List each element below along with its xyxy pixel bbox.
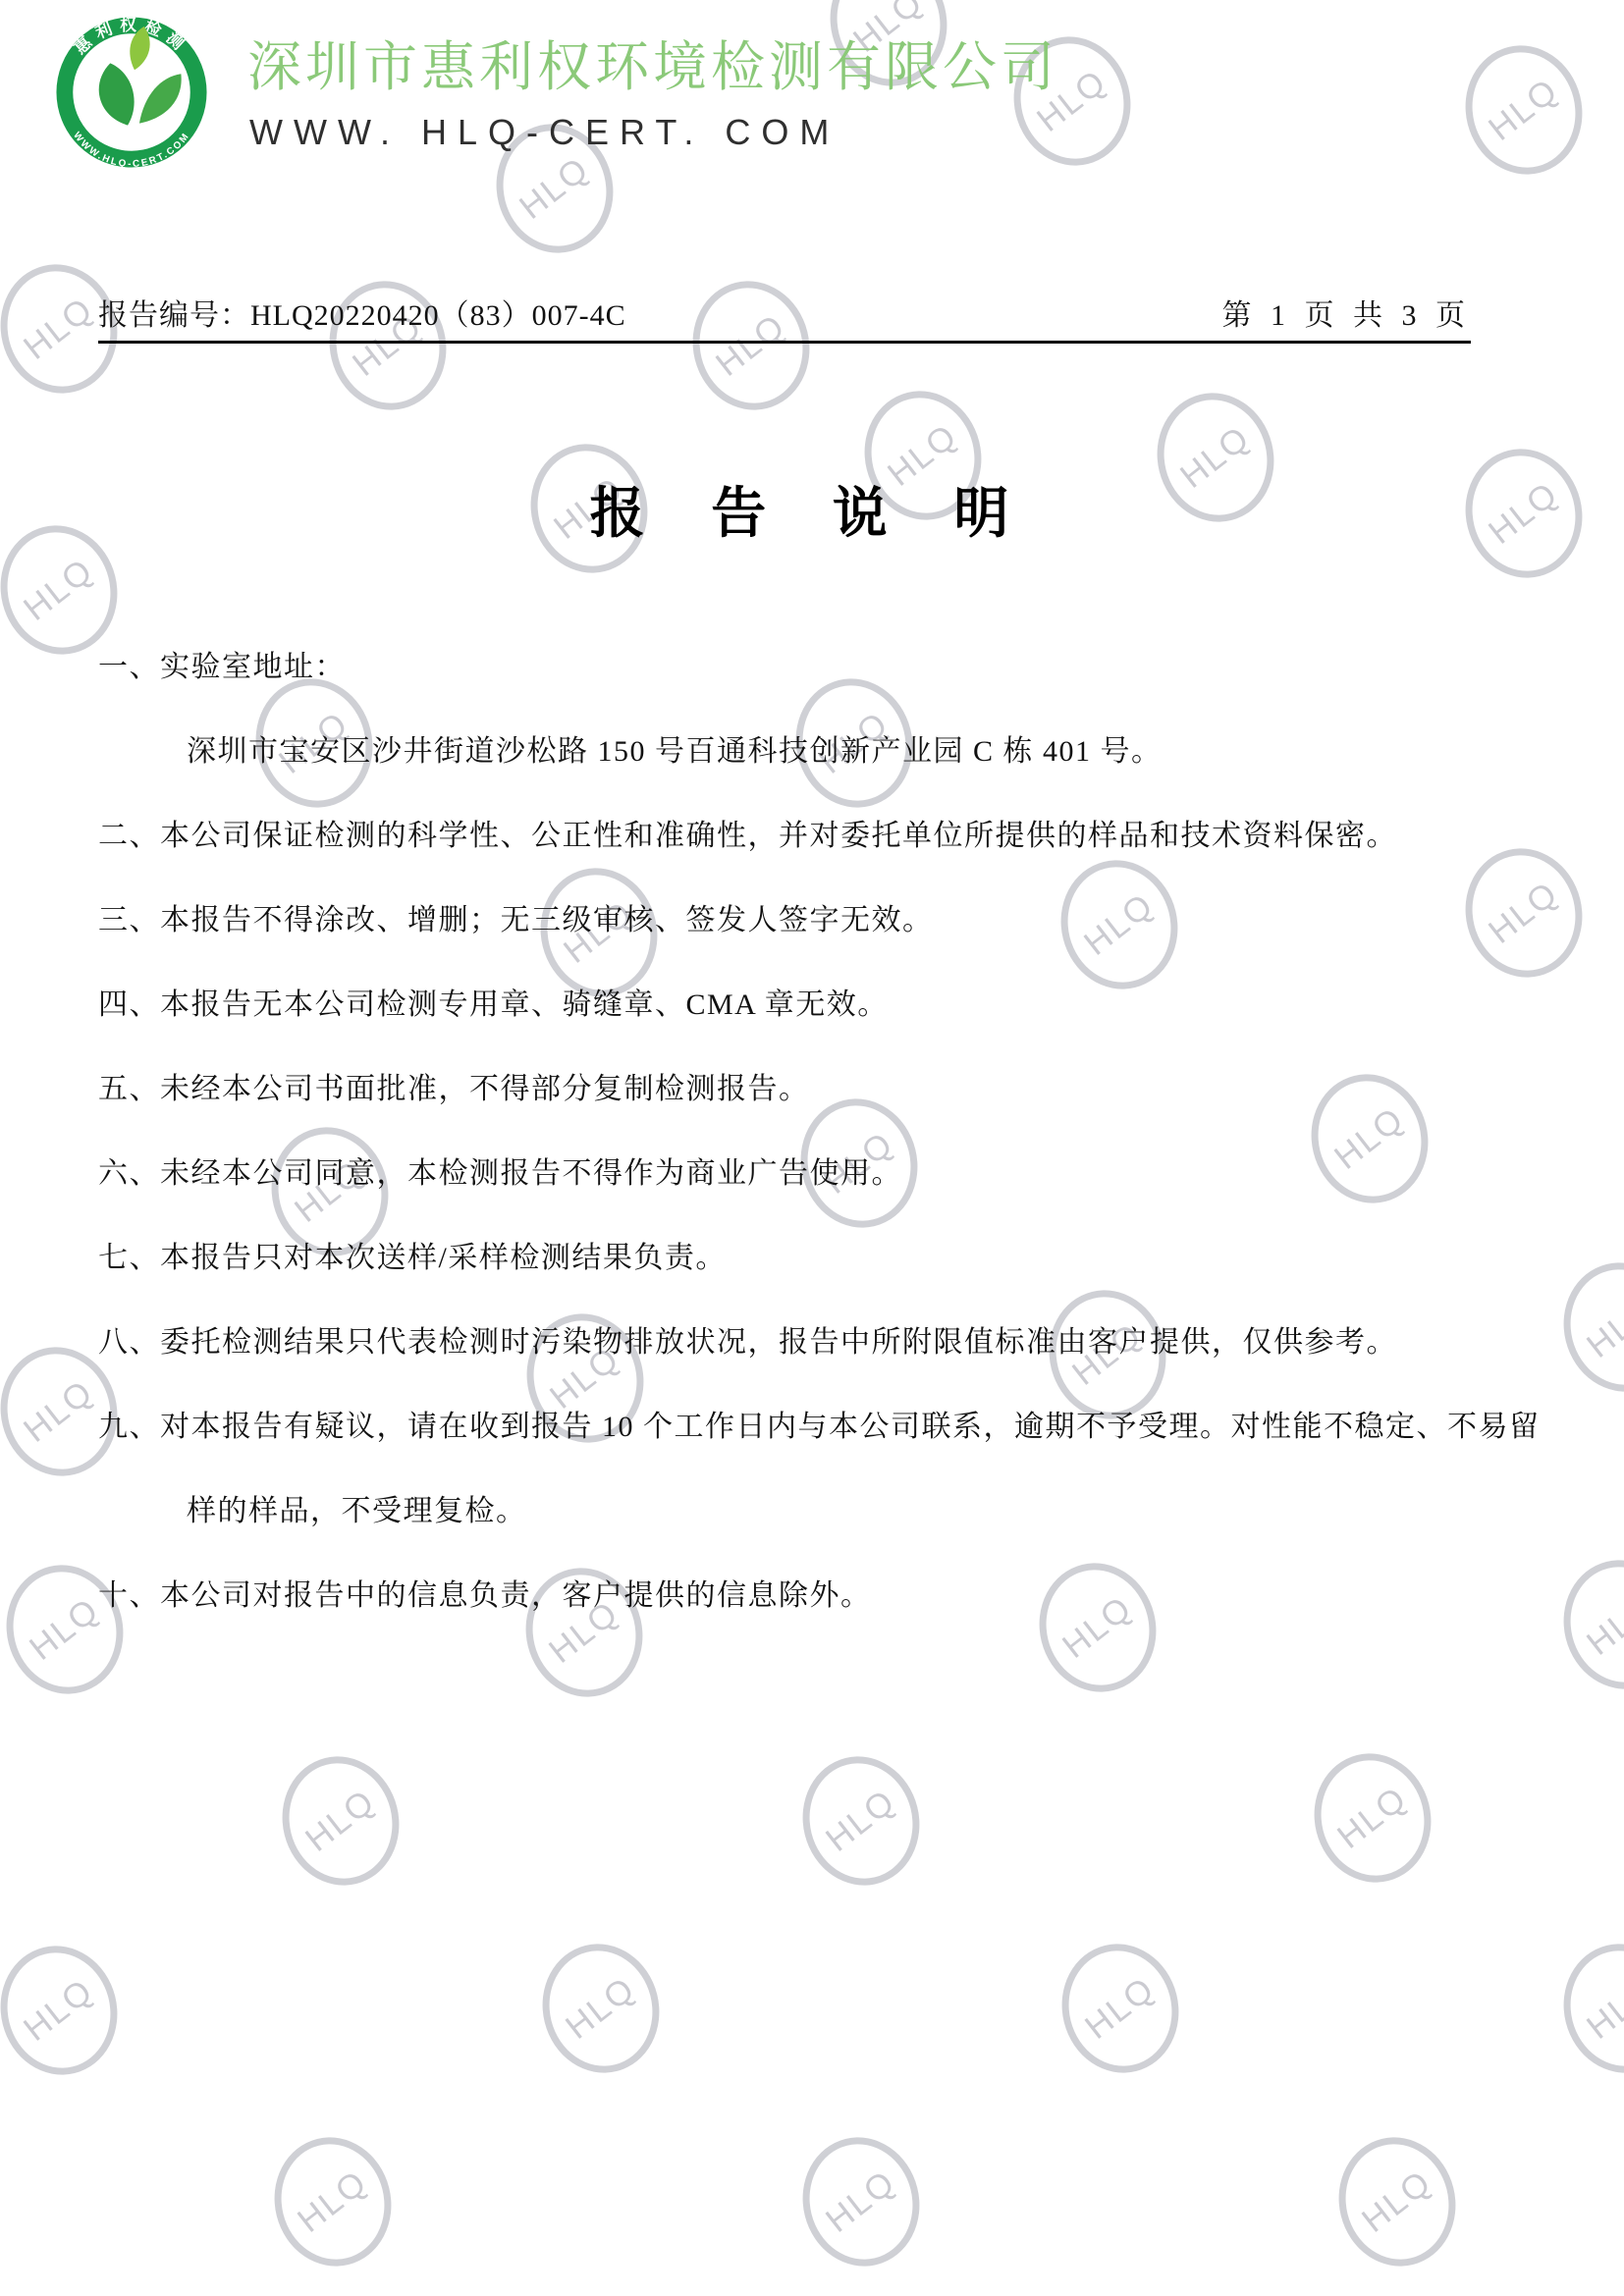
hlq-watermark-text: HLQ	[298, 1782, 383, 1860]
hlq-watermark: HLQ	[1550, 1548, 1624, 1702]
note-text: 深圳市宝安区沙井街道沙松路 150 号百通科技创新产业园 C 栋 401 号。	[187, 735, 1163, 768]
report-number-value: HLQ20220420（83）007-4C	[250, 299, 626, 332]
hlq-watermark-text: HLQ	[1580, 1288, 1624, 1366]
note-text: 实验室地址：	[160, 651, 346, 683]
note-item: 四、本报告无本公司检测专用章、骑缝章、CMA 章无效。	[98, 986, 1542, 1025]
page-indicator: 第 1 页 共 3 页	[1222, 291, 1472, 334]
note-number: 八、	[98, 1326, 160, 1359]
hlq-watermark-text: HLQ	[1482, 71, 1566, 149]
hlq-watermark-text: HLQ	[819, 1782, 903, 1860]
hlq-watermark: HLQ	[1326, 2125, 1469, 2279]
hlq-watermark: HLQ	[529, 1932, 673, 2086]
hlq-watermark-text: HLQ	[17, 1971, 101, 2050]
header-divider	[98, 341, 1471, 344]
note-text: 未经本公司同意，本检测报告不得作为商业广告使用。	[160, 1157, 902, 1190]
note-item: 二、本公司保证检测的科学性、公正性和准确性，并对委托单位所提供的样品和技术资料保…	[98, 817, 1542, 856]
hlq-watermark: HLQ	[789, 2125, 933, 2279]
hlq-watermark-text: HLQ	[17, 1372, 101, 1451]
note-item: 十、本公司对报告中的信息负责，客户提供的信息除外。	[98, 1576, 1542, 1616]
hlq-watermark-text: HLQ	[1580, 1969, 1624, 2048]
note-item: 五、未经本公司书面批准，不得部分复制检测报告。	[98, 1070, 1542, 1109]
note-item: 九、对本报告有疑议，请在收到报告 10 个工作日内与本公司联系，逾期不予受理。对…	[98, 1408, 1542, 1447]
page-title: 报 告 说 明	[0, 470, 1624, 549]
note-text: 本报告只对本次送样/采样检测结果负责。	[160, 1242, 727, 1274]
note-number: 一、	[98, 651, 160, 683]
note-text: 未经本公司书面批准，不得部分复制检测报告。	[160, 1073, 810, 1105]
note-text: 本报告不得涂改、增删；无三级审核、签发人签字无效。	[160, 904, 934, 936]
hlq-watermark: HLQ	[269, 1744, 412, 1898]
note-number: 十、	[98, 1579, 160, 1612]
note-number: 四、	[98, 988, 160, 1021]
hlq-watermark-text: HLQ	[1078, 1969, 1163, 2048]
hlq-watermark-text: HLQ	[1330, 1779, 1415, 1857]
hlq-watermark: HLQ	[1550, 1932, 1624, 2086]
note-text: 对本报告有疑议，请在收到报告 10 个工作日内与本公司联系，逾期不予受理。对性能…	[160, 1411, 1541, 1443]
report-meta-row: 报告编号：HLQ20220420（83）007-4C 第 1 页 共 3 页	[98, 291, 1471, 334]
hlq-watermark: HLQ	[1550, 1251, 1624, 1405]
note-item: 六、未经本公司同意，本检测报告不得作为商业广告使用。	[98, 1154, 1542, 1194]
hlq-watermark: HLQ	[789, 1744, 933, 1898]
note-number: 六、	[98, 1157, 160, 1190]
note-text: 样的样品，不受理复检。	[187, 1495, 527, 1527]
note-item: 深圳市宝安区沙井街道沙松路 150 号百通科技创新产业园 C 栋 401 号。	[98, 732, 1542, 772]
note-text: 本公司保证检测的科学性、公正性和准确性，并对委托单位所提供的样品和技术资料保密。	[160, 820, 1397, 852]
company-website-url: WWW. HLQ-CERT. COM	[249, 112, 839, 153]
note-item: 样的样品，不受理复检。	[98, 1492, 1542, 1531]
hlq-watermark-text: HLQ	[17, 551, 101, 629]
report-number-label: 报告编号：	[98, 299, 250, 332]
hlq-watermark-text: HLQ	[819, 2163, 903, 2241]
note-number: 五、	[98, 1073, 160, 1105]
note-text: 委托检测结果只代表检测时污染物排放状况，报告中所附限值标准由客户提供，仅供参考。	[160, 1326, 1397, 1359]
note-number: 七、	[98, 1242, 160, 1274]
company-logo: 惠利权检测 WWW.HLQ-CERT.COM	[54, 15, 209, 170]
hlq-watermark-text: HLQ	[513, 149, 597, 228]
hlq-watermark: HLQ	[1452, 33, 1596, 187]
hlq-watermark-text: HLQ	[1580, 1585, 1624, 1664]
note-text: 本公司对报告中的信息负责，客户提供的信息除外。	[160, 1579, 872, 1612]
hlq-watermark: HLQ	[1049, 1932, 1192, 2086]
hlq-watermark-text: HLQ	[23, 1590, 107, 1669]
hlq-watermark: HLQ	[0, 1934, 131, 2088]
note-number: 三、	[98, 904, 160, 936]
report-page: HLQHLQHLQHLQHLQHLQHLQHLQHLQHLQHLQHLQHLQH…	[0, 0, 1624, 2296]
note-item: 一、实验室地址：	[98, 648, 1542, 687]
note-item: 三、本报告不得涂改、增删；无三级审核、签发人签字无效。	[98, 901, 1542, 940]
hlq-watermark-text: HLQ	[1355, 2163, 1439, 2241]
report-number: 报告编号：HLQ20220420（83）007-4C	[98, 291, 626, 334]
note-number: 二、	[98, 820, 160, 852]
hlq-watermark: HLQ	[261, 2125, 405, 2279]
hlq-watermark-text: HLQ	[291, 2163, 375, 2241]
hlq-watermark: HLQ	[1301, 1741, 1444, 1896]
note-number: 九、	[98, 1411, 160, 1443]
note-item: 七、本报告只对本次送样/采样检测结果负责。	[98, 1239, 1542, 1278]
note-text: 本报告无本公司检测专用章、骑缝章、CMA 章无效。	[160, 988, 889, 1021]
note-item: 八、委托检测结果只代表检测时污染物排放状况，报告中所附限值标准由客户提供，仅供参…	[98, 1323, 1542, 1362]
hlq-watermark-text: HLQ	[17, 290, 101, 368]
notes-list: 一、实验室地址： 深圳市宝安区沙井街道沙松路 150 号百通科技创新产业园 C …	[98, 618, 1542, 1661]
company-name: 深圳市惠利权环境检测有限公司	[247, 24, 1058, 101]
hlq-watermark-text: HLQ	[559, 1969, 643, 2048]
